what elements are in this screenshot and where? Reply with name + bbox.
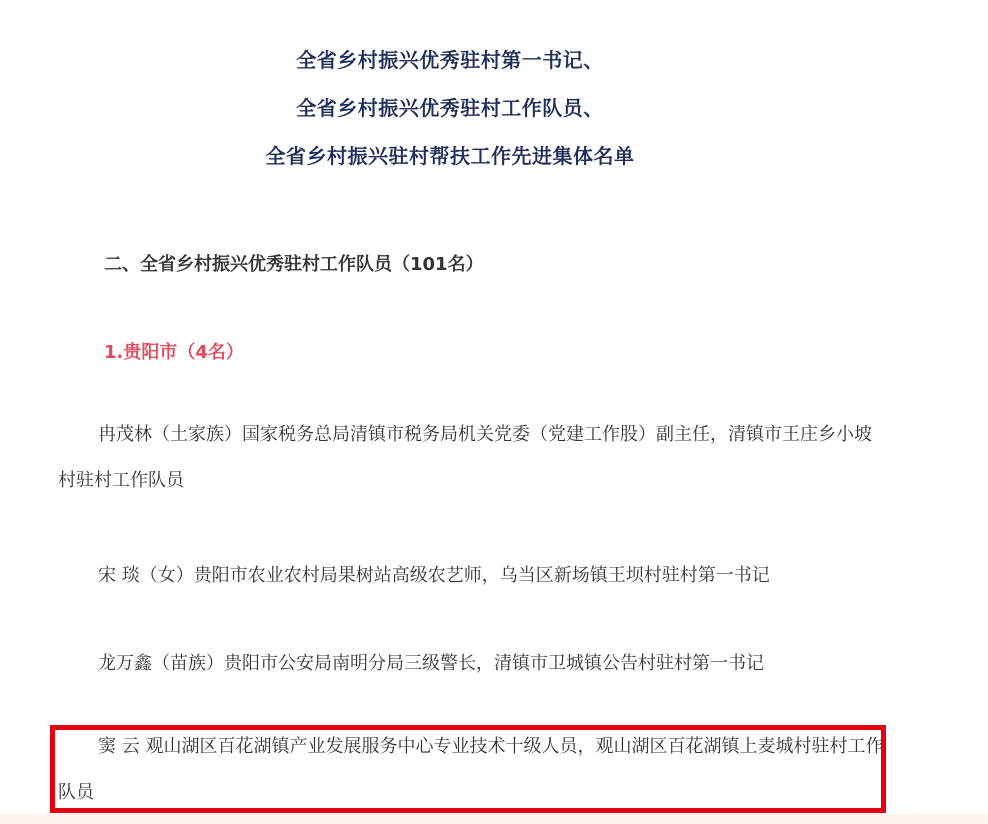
document-title: 全省乡村振兴优秀驻村第一书记、 全省乡村振兴优秀驻村工作队员、 全省乡村振兴驻村… xyxy=(0,40,900,184)
section-heading: 二、全省乡村振兴优秀驻村工作队员（101名） xyxy=(104,250,484,276)
list-item: 冉茂林（土家族）国家税务总局清镇市税务局机关党委（党建工作股）副主任，清镇市王庄… xyxy=(58,412,888,504)
city-heading: 1.贵阳市（4名） xyxy=(104,338,244,364)
title-line-1: 全省乡村振兴优秀驻村第一书记、 xyxy=(0,40,900,88)
title-line-3: 全省乡村振兴驻村帮扶工作先进集体名单 xyxy=(0,136,900,184)
list-item: 宋 琰（女）贵阳市农业农村局果树站高级农艺师，乌当区新场镇王坝村驻村第一书记 xyxy=(58,553,888,599)
highlight-box xyxy=(50,725,886,813)
footer-band xyxy=(0,814,988,824)
list-item: 龙万鑫（苗族）贵阳市公安局南明分局三级警长，清镇市卫城镇公告村驻村第一书记 xyxy=(58,641,888,687)
title-line-2: 全省乡村振兴优秀驻村工作队员、 xyxy=(0,88,900,136)
